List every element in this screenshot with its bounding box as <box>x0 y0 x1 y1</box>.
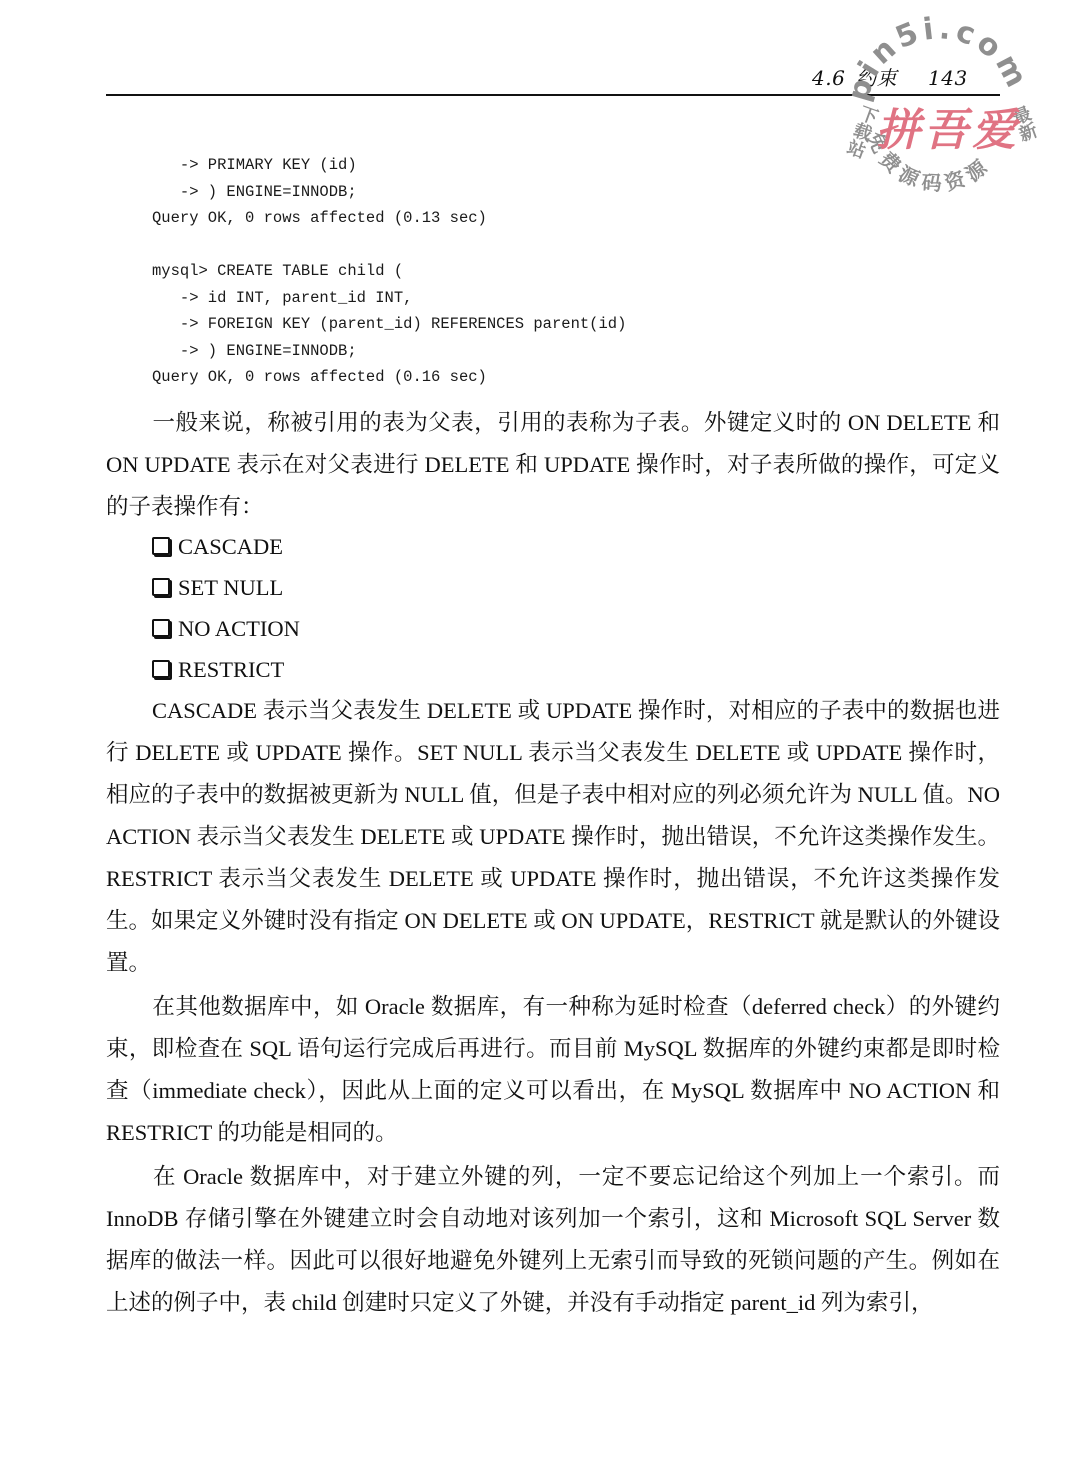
watermark-right-arc: 最新 <box>1005 103 1042 146</box>
section-title: 约束 <box>856 66 897 90</box>
paragraph-actions: CASCADE 表示当父表发生 DELETE 或 UPDATE 操作时，对相应的… <box>106 690 1000 984</box>
option-list: CASCADE SET NULL NO ACTION RESTRICT <box>152 526 300 690</box>
watermark-left-arc: 下载站 <box>840 101 883 161</box>
watermark-arc-icon: pin5i.com 免费源码资源 <box>838 8 1038 198</box>
option-item-no-action: NO ACTION <box>152 608 300 649</box>
checkbox-bullet-icon <box>152 660 170 678</box>
watermark-stamp: pin5i.com 免费源码资源 下载站 最新 拼吾爱 <box>838 8 1038 198</box>
option-label: CASCADE <box>178 526 283 567</box>
paragraph-deferred-check: 在其他数据库中，如 Oracle 数据库，有一种称为延时检查（deferred … <box>106 986 1000 1154</box>
code-line: Query OK, 0 rows affected (0.16 sec) <box>152 364 626 391</box>
code-line: -> FOREIGN KEY (parent_id) REFERENCES pa… <box>152 311 626 338</box>
paragraph-intro: 一般来说，称被引用的表为父表，引用的表称为子表。外键定义时的 ON DELETE… <box>106 402 1000 528</box>
checkbox-bullet-icon <box>152 537 170 555</box>
code-line: -> id INT, parent_id INT, <box>152 285 626 312</box>
running-header: 4.6 约束 143 <box>812 62 968 91</box>
svg-text:免费源码资源: 免费源码资源 <box>862 127 996 195</box>
code-line: -> ) ENGINE=INNODB; <box>152 338 626 365</box>
code-line: -> PRIMARY KEY (id) <box>152 152 487 179</box>
code-block-2: mysql> CREATE TABLE child ( -> id INT, p… <box>152 258 626 391</box>
checkbox-bullet-icon <box>152 578 170 596</box>
option-label: SET NULL <box>178 567 283 608</box>
page-number: 143 <box>928 66 968 90</box>
option-item-restrict: RESTRICT <box>152 649 300 690</box>
watermark-bottom-arc: 免费源码资源 <box>862 127 996 195</box>
checkbox-bullet-icon <box>152 619 170 637</box>
paragraph-text: 在 Oracle 数据库中，对于建立外键的列，一定不要忘记给这个列加上一个索引。… <box>106 1164 1000 1315</box>
paragraph-text: CASCADE 表示当父表发生 DELETE 或 UPDATE 操作时，对相应的… <box>106 698 1000 975</box>
code-line: -> ) ENGINE=INNODB; <box>152 179 487 206</box>
header-rule <box>106 94 1000 96</box>
code-line: mysql> CREATE TABLE child ( <box>152 258 626 285</box>
book-page: 4.6 约束 143 pin5i.com 免费源码资源 下载站 最新 拼吾爱 -… <box>0 0 1080 1478</box>
watermark-brand: 拼吾爱 <box>876 94 1020 158</box>
paragraph-index: 在 Oracle 数据库中，对于建立外键的列，一定不要忘记给这个列加上一个索引。… <box>106 1156 1000 1324</box>
option-label: NO ACTION <box>178 608 300 649</box>
code-block-1: -> PRIMARY KEY (id) -> ) ENGINE=INNODB;Q… <box>152 152 487 232</box>
option-item-cascade: CASCADE <box>152 526 300 567</box>
code-line: Query OK, 0 rows affected (0.13 sec) <box>152 205 487 232</box>
option-label: RESTRICT <box>178 649 284 690</box>
paragraph-text: 在其他数据库中，如 Oracle 数据库，有一种称为延时检查（deferred … <box>106 994 1000 1145</box>
paragraph-text: 一般来说，称被引用的表为父表，引用的表称为子表。外键定义时的 ON DELETE… <box>106 410 1000 519</box>
option-item-set-null: SET NULL <box>152 567 300 608</box>
section-number: 4.6 <box>812 66 845 90</box>
